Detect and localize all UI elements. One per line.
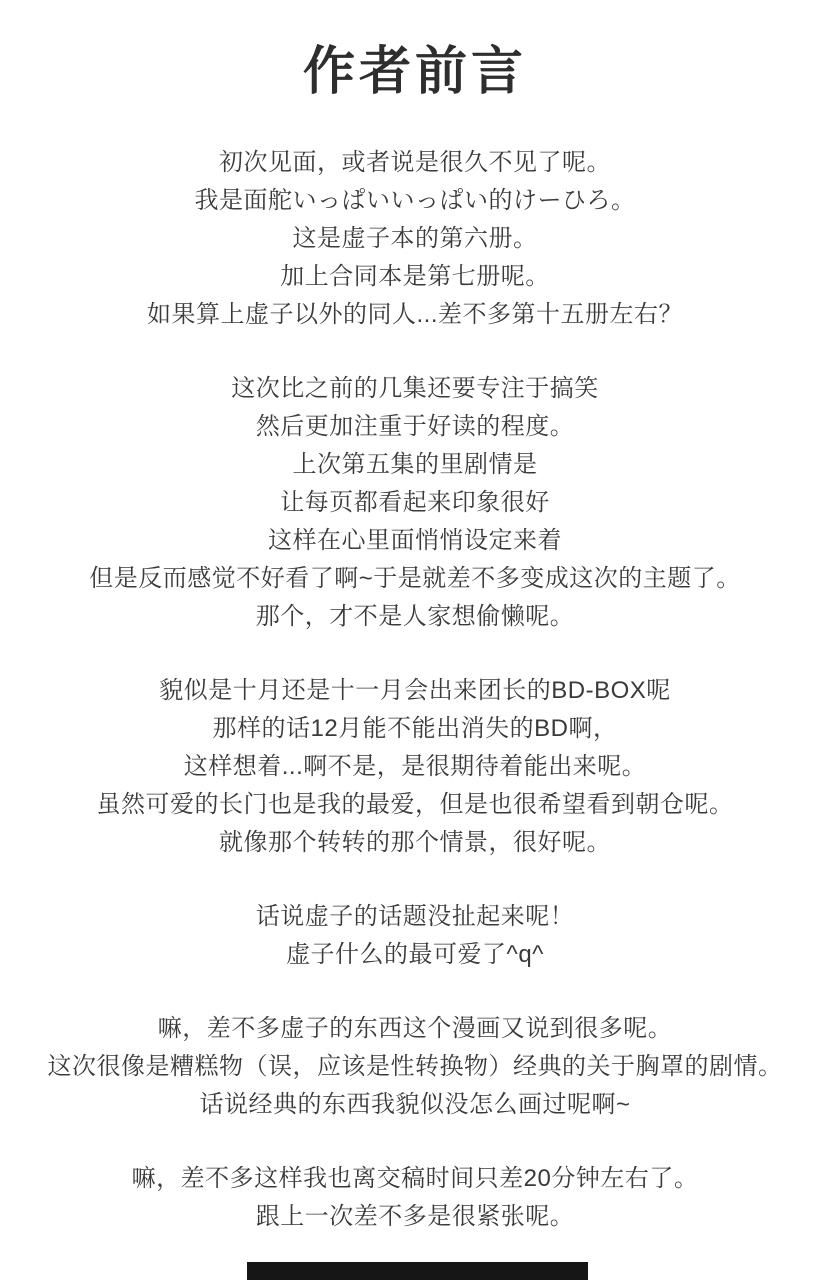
text-line: 话说经典的东西我貌似没怎么画过呢啊~ (0, 1086, 830, 1124)
text-line: 这样想着...啊不是，是很期待着能出来呢。 (0, 748, 830, 786)
text-line: 如果算上虚子以外的同人...差不多第十五册左右？ (0, 296, 830, 334)
text-line: 那样的话12月能不能出消失的BD啊， (0, 710, 830, 748)
paragraph-intro: 初次见面，或者说是很久不见了呢。 我是面舵いっぱいいっぱい的けーひろ。 这是虚子… (0, 144, 830, 334)
text-line: 我是面舵いっぱいいっぱい的けーひろ。 (0, 182, 830, 220)
text-line: 上次第五集的里剧情是 (0, 446, 830, 484)
text-line: 就像那个转转的那个情景，很好呢。 (0, 824, 830, 862)
text-line: 虽然可爱的长门也是我的最爱，但是也很希望看到朝仓呢。 (0, 786, 830, 824)
text-line: 然后更加注重于好读的程度。 (0, 408, 830, 446)
text-line: 加上合同本是第七册呢。 (0, 258, 830, 296)
text-line: 嘛，差不多虚子的东西这个漫画又说到很多呢。 (0, 1010, 830, 1048)
text-line: 嘛，差不多这样我也离交稿时间只差20分钟左右了。 (0, 1160, 830, 1198)
paragraph-bdbox: 貌似是十月还是十一月会出来团长的BD-BOX呢 那样的话12月能不能出消失的BD… (0, 672, 830, 862)
text-line: 话说虚子的话题没扯起来呢！ (0, 898, 830, 936)
bottom-bar (247, 1262, 588, 1280)
text-line: 让每页都看起来印象很好 (0, 484, 830, 522)
paragraph-plot: 嘛，差不多虚子的东西这个漫画又说到很多呢。 这次很像是糟糕物（误，应该是性转换物… (0, 1010, 830, 1124)
text-line: 这样在心里面悄悄设定来着 (0, 522, 830, 560)
page-title: 作者前言 (0, 42, 830, 102)
preface-content: 初次见面，或者说是很久不见了呢。 我是面舵いっぱいいっぱい的けーひろ。 这是虚子… (0, 144, 830, 1236)
text-line: 初次见面，或者说是很久不见了呢。 (0, 144, 830, 182)
paragraph-deadline: 嘛，差不多这样我也离交稿时间只差20分钟左右了。 跟上一次差不多是很紧张呢。 (0, 1160, 830, 1236)
text-line: 但是反而感觉不好看了啊~于是就差不多变成这次的主题了。 (0, 560, 830, 598)
text-line: 这次比之前的几集还要专注于搞笑 (0, 370, 830, 408)
text-line: 跟上一次差不多是很紧张呢。 (0, 1198, 830, 1236)
paragraph-kyoko: 话说虚子的话题没扯起来呢！ 虚子什么的最可爱了^q^ (0, 898, 830, 974)
preface-page: 作者前言 初次见面，或者说是很久不见了呢。 我是面舵いっぱいいっぱい的けーひろ。… (0, 0, 830, 1280)
paragraph-theme: 这次比之前的几集还要专注于搞笑 然后更加注重于好读的程度。 上次第五集的里剧情是… (0, 370, 830, 636)
text-line: 这是虚子本的第六册。 (0, 220, 830, 258)
text-line: 貌似是十月还是十一月会出来团长的BD-BOX呢 (0, 672, 830, 710)
text-line: 那个，才不是人家想偷懒呢。 (0, 598, 830, 636)
text-line: 这次很像是糟糕物（误，应该是性转换物）经典的关于胸罩的剧情。 (0, 1048, 830, 1086)
text-line: 虚子什么的最可爱了^q^ (0, 936, 830, 974)
